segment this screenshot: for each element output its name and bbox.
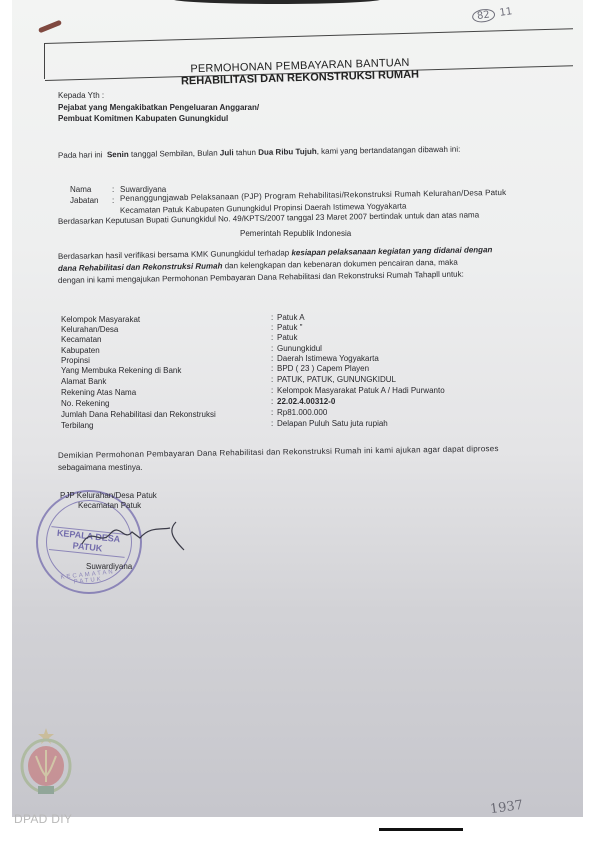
name-colon: :: [112, 186, 114, 194]
sign-block-line1: PJP Kelurahan/Desa Patuk: [60, 492, 157, 500]
field-colon: :: [271, 354, 273, 363]
position-label: Jabatan: [70, 197, 98, 205]
name-label: Nama: [70, 186, 91, 194]
field-value: Patuk ": [277, 323, 303, 332]
field-colon: :: [271, 344, 273, 353]
field-colon: :: [271, 419, 273, 428]
field-colon: :: [271, 386, 273, 395]
binder-shadow: [172, 0, 382, 4]
field-colon: :: [271, 364, 273, 373]
stamp-ring-text: KECAMATAN PATUK: [50, 568, 127, 588]
field-value: 22.02.4.00312-0: [277, 397, 335, 406]
addressee-line1: Pejabat yang Mengakibatkan Pengeluaran A…: [58, 104, 259, 112]
field-value: Rp81.000.000: [277, 408, 327, 417]
field-value: BPD ( 23 ) Capem Playen: [277, 364, 369, 373]
crest-icon: [16, 726, 76, 798]
field-label: Jumlah Dana Rehabilitasi dan Rekonstruks…: [61, 410, 216, 419]
circled-page-number: 82: [471, 8, 495, 24]
field-label: Kelompok Masyarakat: [61, 315, 140, 324]
closing-line2: sebagaimana mestinya.: [58, 464, 143, 472]
salutation: Kepada Yth :: [58, 92, 104, 100]
addressee-line2: Pembuat Komitmen Kabupaten Gunungkidul: [58, 115, 228, 123]
field-value: Kelompok Masyarakat Patuk A / Hadi Purwa…: [277, 386, 445, 395]
field-label: Yang Membuka Rekening di Bank: [61, 366, 181, 375]
position-colon: :: [112, 197, 114, 205]
page-mark: 8211: [471, 5, 513, 24]
field-label: Terbilang: [61, 421, 93, 430]
field-label: No. Rekening: [61, 399, 109, 408]
field-label: Rekening Atas Nama: [61, 388, 136, 397]
field-label: Alamat Bank: [61, 377, 106, 386]
field-label: Kelurahan/Desa: [61, 325, 118, 334]
decree-line2: Pemerintah Republik Indonesia: [240, 230, 351, 238]
field-colon: :: [271, 313, 273, 322]
archive-watermark: DPAD DIY: [14, 812, 72, 826]
field-label: Kecamatan: [61, 335, 101, 344]
field-value: Patuk A: [277, 313, 305, 322]
field-colon: :: [271, 333, 273, 342]
field-colon: :: [271, 323, 273, 332]
field-colon: :: [271, 375, 273, 384]
field-value: PATUK, PATUK, GUNUNGKIDUL: [277, 375, 396, 384]
signatory-name: Suwardiyana: [86, 563, 132, 571]
page-number: 11: [499, 6, 513, 19]
ink-smudge: [38, 20, 62, 34]
field-label: Propinsi: [61, 356, 90, 365]
field-colon: :: [271, 397, 273, 406]
field-colon: :: [271, 408, 273, 417]
field-value: Patuk: [277, 333, 297, 342]
sign-block-line2: Kecamatan Patuk: [78, 502, 141, 510]
scan-edge-bar: [379, 828, 463, 831]
field-value: Daerah Istimewa Yogyakarta: [277, 354, 379, 363]
field-label: Kabupaten: [61, 346, 100, 355]
field-value: Gunungkidul: [277, 344, 322, 353]
field-value: Delapan Puluh Satu juta rupiah: [277, 419, 388, 428]
signature: [80, 516, 190, 556]
